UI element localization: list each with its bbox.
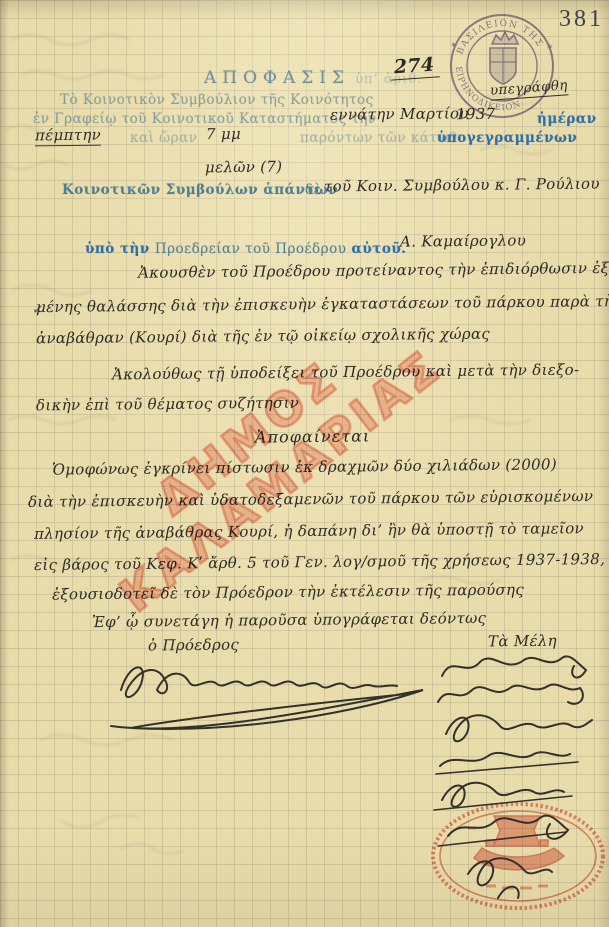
printed-undersigned: ὑπογεγραμμένων [437, 130, 577, 146]
president-signature [105, 646, 435, 741]
decision-number: 274 [389, 53, 439, 80]
preamble-line-office: ἐν Γραφείῳ τοῦ Κοινοτικοῦ Καταστήματος τ… [33, 111, 377, 127]
court-seal-stamp: ΒΑΣΙΛΕΙΟΝ ΤΗΣ ΕΙΡΗΝΟΔΙΚΕΙΟΝ ✶ ✶ [438, 6, 568, 128]
decision-heading: Ἀποφαίνεται [255, 426, 370, 446]
printed-of-him: αὐτοῦ. [352, 241, 407, 257]
handwritten-hour: 7 μμ [206, 125, 241, 143]
handwritten-members-count: μελῶν (7) [205, 158, 283, 177]
handwritten-absent-councillor: τοῦ Κοιν. Συμβούλου κ. Γ. Ρούλιου [324, 175, 600, 196]
handwritten-president-name: Α. Καμαίρογλου [400, 231, 526, 250]
printed-presidency: Προεδρείαν τοῦ Προέδρου [155, 241, 347, 257]
coat-of-arms-icon [490, 32, 518, 84]
printed-communal-councillors: Κοινοτικῶν Συμβούλων ἁπάντων [62, 182, 338, 198]
preamble-line-council: Τὸ Κοινοτικὸν Συμβούλιον τῆς Κοινότητος [60, 92, 374, 108]
body-line: δικὴν ἐπὶ τοῦ θέματος συζήτησιν [36, 394, 299, 415]
scanned-document-page: 381 ΒΑΣΙΛΕΙΟΝ ΤΗΣ ΕΙΡΗΝΟΔΙΚΕΙΟΝ ✶ ✶ υπεγ… [0, 0, 609, 927]
seal-star-left: ✶ [450, 41, 458, 51]
printed-under-the: ὑπὸ τὴν [85, 241, 150, 257]
seal-star-right: ✶ [546, 43, 554, 53]
printed-de: δὲ [305, 182, 321, 198]
printed-and-hour: καὶ ὥραν [130, 130, 197, 146]
handwritten-weekday: πέμπτην [35, 126, 101, 147]
members-label: Τὰ Μέλη [488, 632, 557, 651]
member-signatures [428, 650, 608, 900]
decision-title: ΑΠΟΦΑΣΙΣ [204, 68, 350, 88]
